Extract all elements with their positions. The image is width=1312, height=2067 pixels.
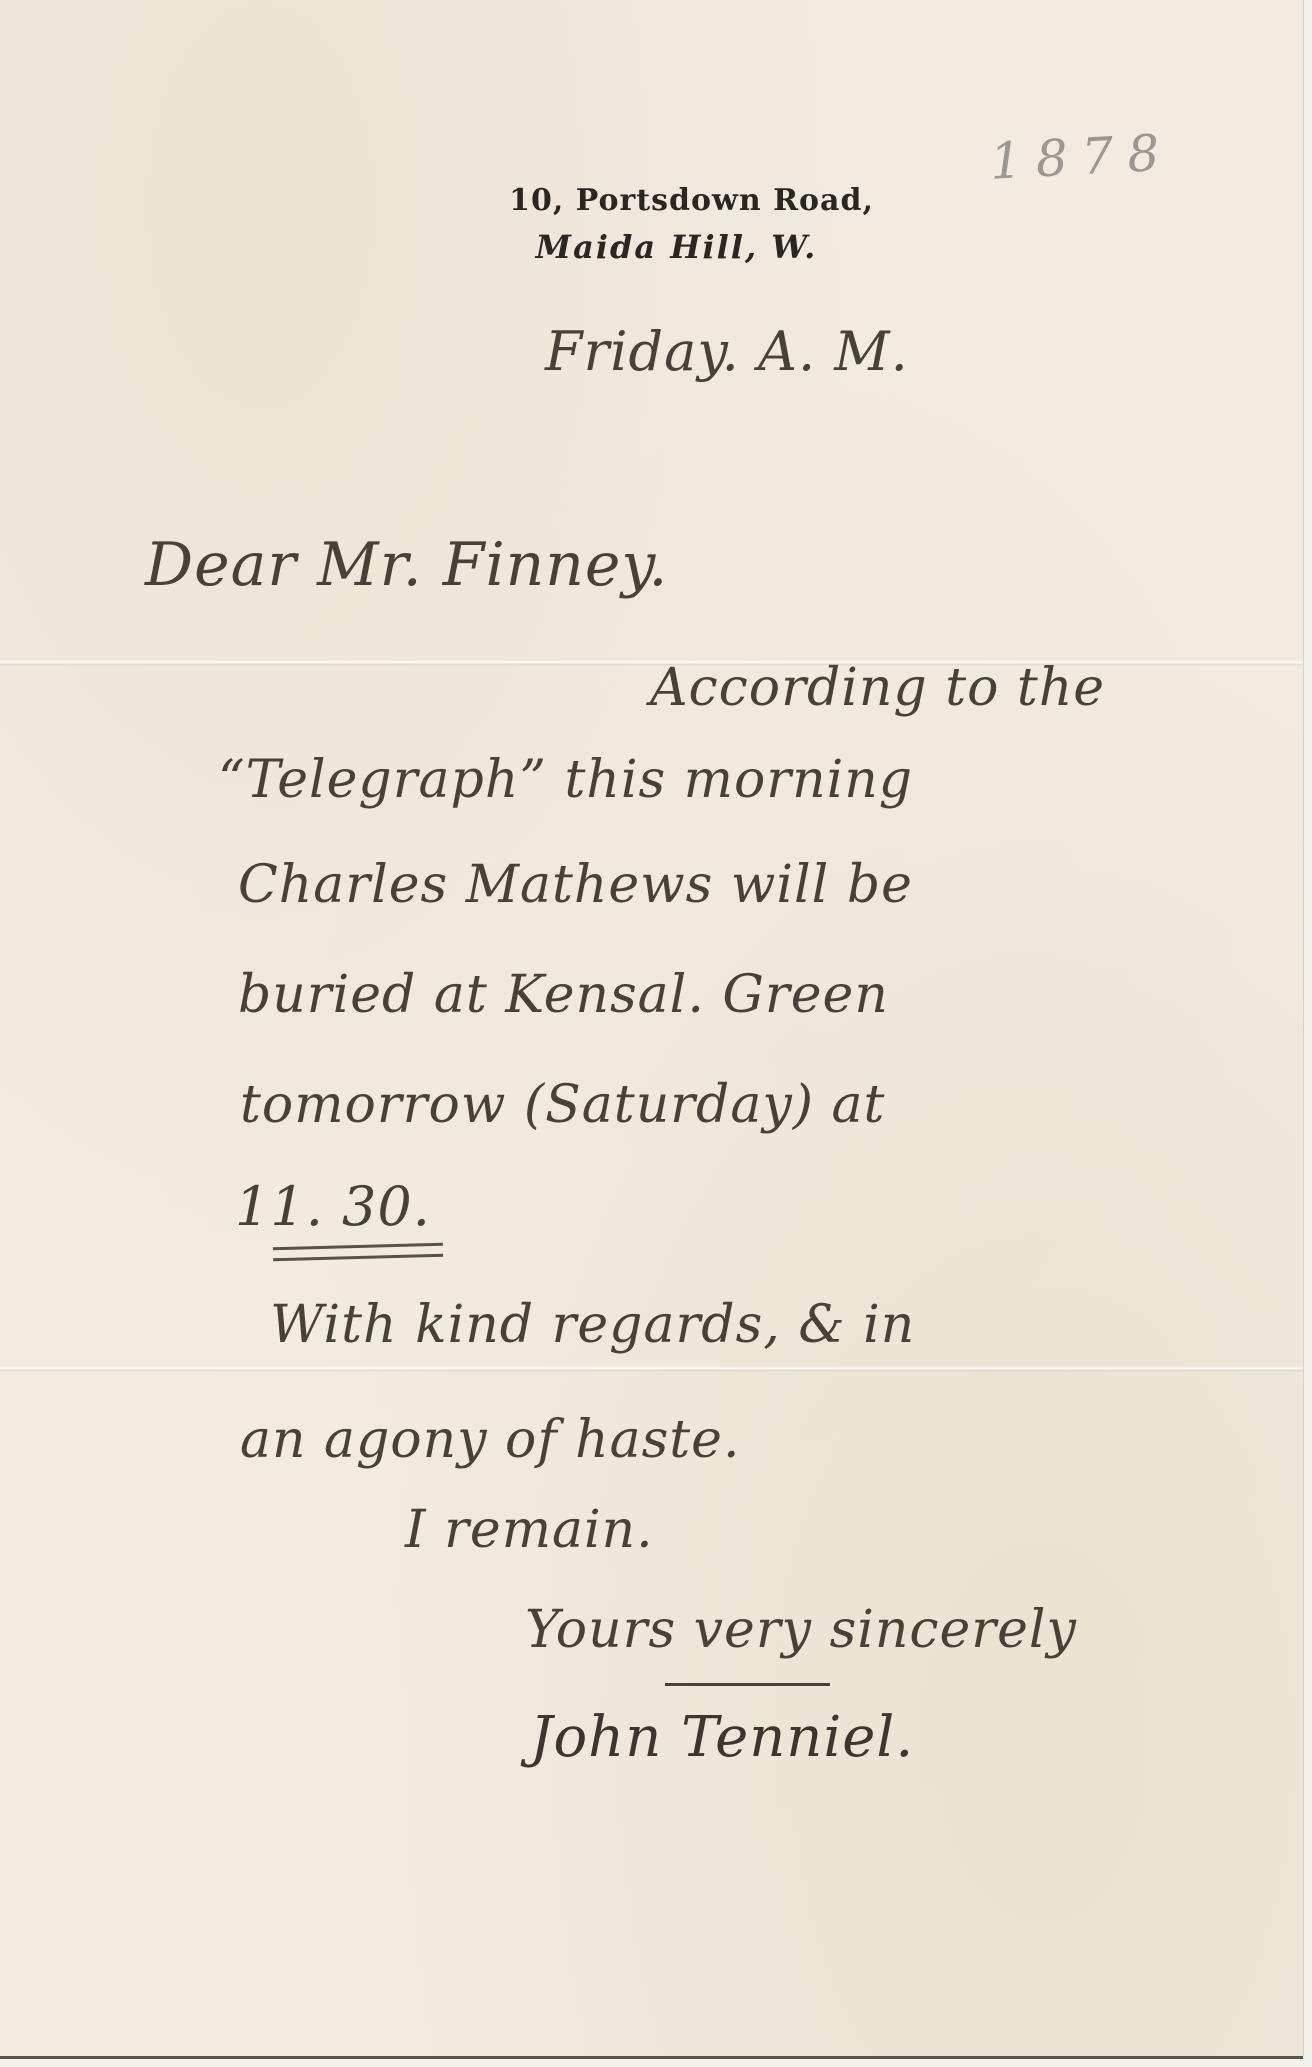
closing-underline (665, 1683, 830, 1686)
closing-line-1: I remain. (405, 1500, 654, 1560)
time-double-underline (273, 1243, 443, 1261)
pencil-year-annotation: 1878 (989, 123, 1175, 191)
body-line-8: an agony of haste. (240, 1410, 740, 1470)
letter-paper: 1878 10, Portsdown Road, Maida Hill, W. … (0, 0, 1303, 2056)
signature: John Tenniel. (530, 1705, 914, 1770)
dateline: Friday. A. M. (545, 320, 909, 383)
body-line-time: 11. 30. (235, 1175, 431, 1238)
body-line-4: buried at Kensal. Green (238, 965, 889, 1025)
fold-crease-lower (0, 1366, 1303, 1372)
letterhead-address-line-2: Maida Hill, W. (0, 228, 1312, 266)
body-line-1: According to the (650, 658, 1105, 718)
closing-line-2: Yours very sincerely (525, 1600, 1077, 1660)
salutation: Dear Mr. Finney. (145, 530, 668, 600)
letterhead-address-line-1: 10, Portsdown Road, (0, 183, 1312, 218)
body-line-5: tomorrow (Saturday) at (240, 1075, 885, 1135)
body-line-7: With kind regards, & in (270, 1295, 915, 1355)
body-line-3: Charles Mathews will be (238, 855, 913, 915)
body-line-2: “Telegraph” this morning (218, 750, 913, 810)
